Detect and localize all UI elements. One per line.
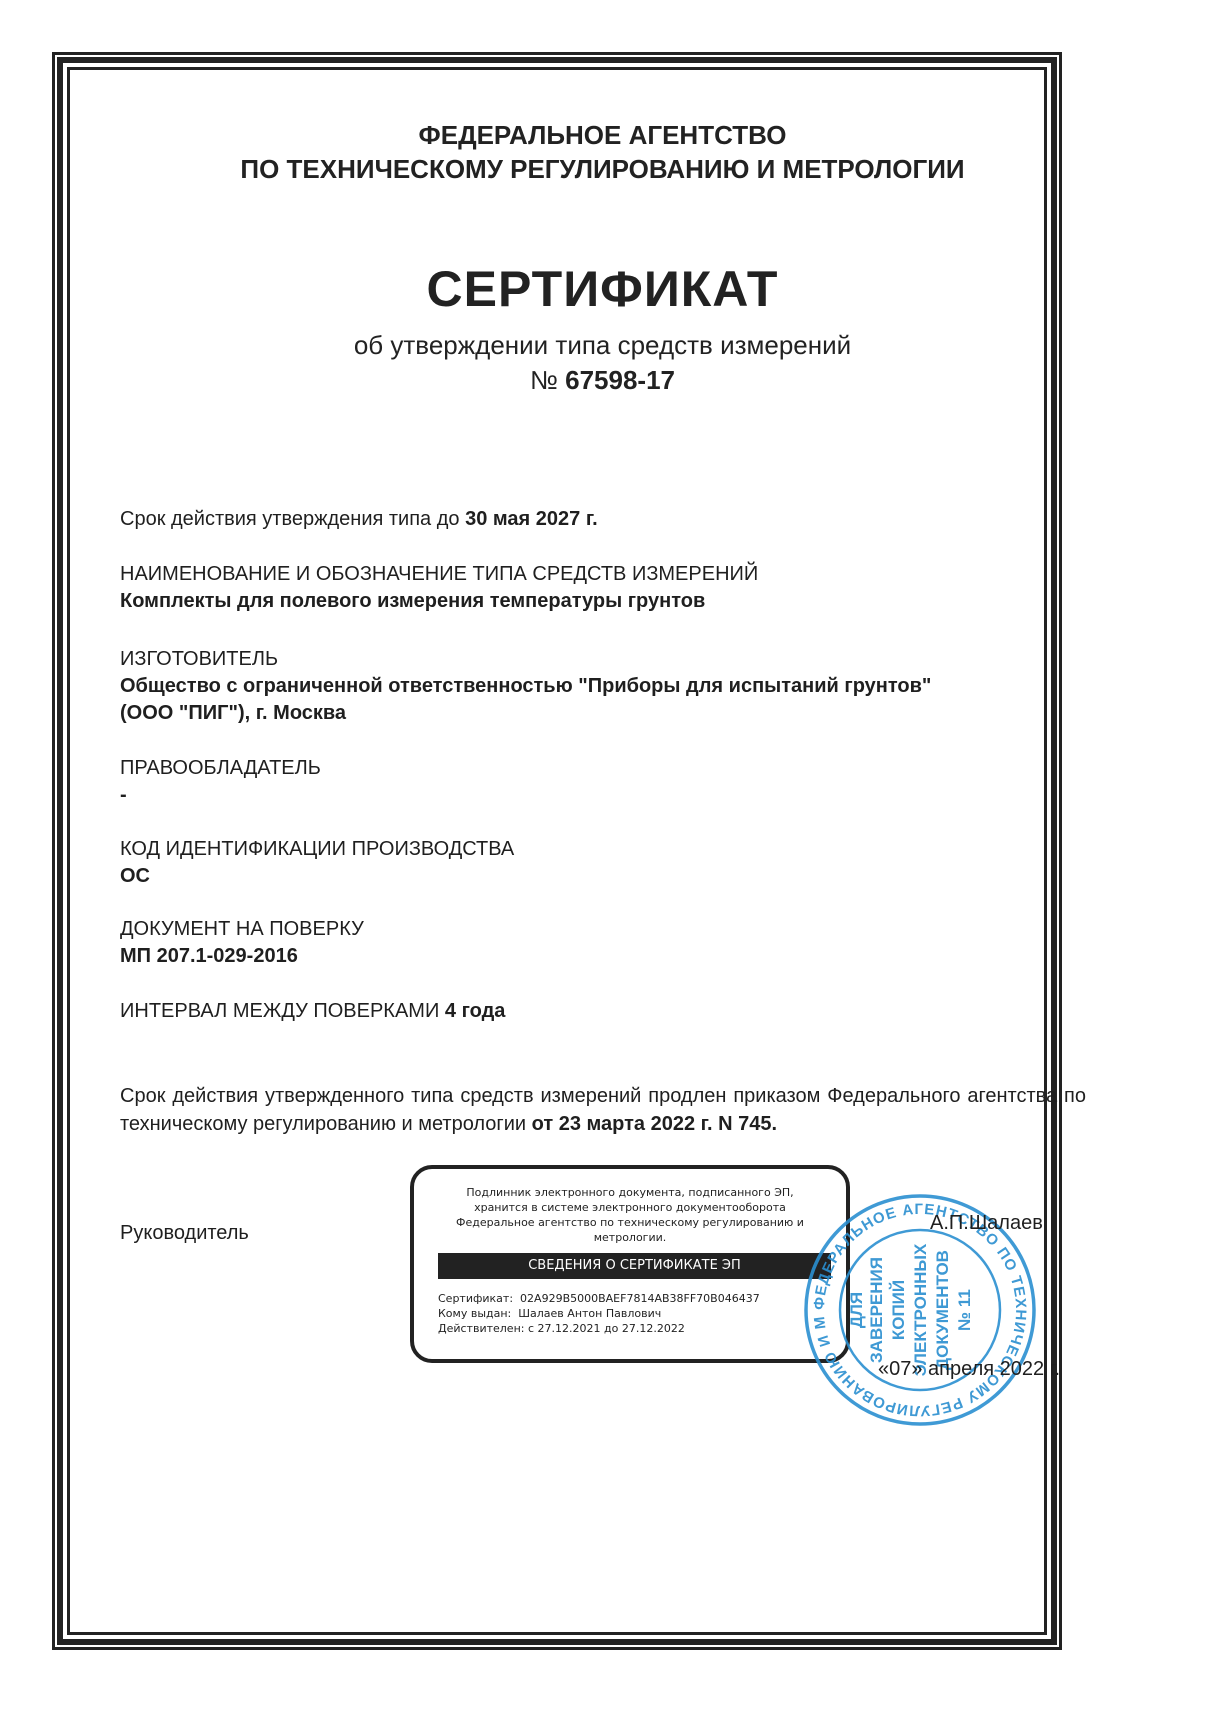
- certificate-subtitle: об утверждении типа средств измерений: [0, 330, 1205, 361]
- electronic-signature-box: Подлинник электронного документа, подпис…: [410, 1165, 850, 1363]
- interval-value: 4 года: [445, 1000, 506, 1022]
- certificate-number-value: 67598-17: [565, 365, 675, 395]
- svg-text:КОПИЙ: КОПИЙ: [889, 1280, 908, 1340]
- svg-text:ЭЛЕКТРОННЫХ: ЭЛЕКТРОННЫХ: [911, 1243, 930, 1376]
- e-signature-certificate: Сертификат: 02A929B5000BAEF7814AB38FF70B…: [438, 1291, 760, 1306]
- validity-date: 30 мая 2027 г.: [465, 508, 598, 530]
- e-signature-issued-to: Кому выдан: Шалаев Антон Павлович: [438, 1306, 760, 1321]
- manufacturer-value-line1: Общество с ограниченной ответственностью…: [120, 675, 931, 698]
- svg-text:ЗАВЕРЕНИЯ: ЗАВЕРЕНИЯ: [867, 1257, 886, 1363]
- agency-name-line2: ПО ТЕХНИЧЕСКОМУ РЕГУЛИРОВАНИЮ И МЕТРОЛОГ…: [0, 154, 1205, 185]
- svg-text:ДОКУМЕНТОВ: ДОКУМЕНТОВ: [933, 1250, 952, 1370]
- type-name-label: НАИМЕНОВАНИЕ И ОБОЗНАЧЕНИЕ ТИПА СРЕДСТВ …: [120, 563, 758, 586]
- certificate-number: № 67598-17: [0, 365, 1205, 396]
- signature-date: «07» апреля 2022 г.: [878, 1358, 1060, 1381]
- svg-text:ДЛЯ: ДЛЯ: [847, 1292, 866, 1328]
- e-signature-notice: Подлинник электронного документа, подпис…: [414, 1185, 846, 1245]
- rights-holder-label: ПРАВООБЛАДАТЕЛЬ: [120, 757, 321, 780]
- extension-paragraph: Срок действия утвержденного типа средств…: [120, 1082, 1086, 1138]
- certificate-title: СЕРТИФИКАТ: [0, 260, 1205, 318]
- agency-name-line1: ФЕДЕРАЛЬНОЕ АГЕНТСТВО: [0, 120, 1205, 151]
- interval-line: ИНТЕРВАЛ МЕЖДУ ПОВЕРКАМИ 4 года: [120, 1000, 505, 1023]
- e-signature-valid: Действителен: с 27.12.2021 до 27.12.2022: [438, 1321, 760, 1336]
- manufacturer-label: ИЗГОТОВИТЕЛЬ: [120, 648, 278, 671]
- type-name-value: Комплекты для полевого измерения темпера…: [120, 590, 705, 613]
- svg-text:№ 11: № 11: [955, 1289, 974, 1331]
- verification-doc-value: МП 207.1-029-2016: [120, 945, 298, 968]
- manufacturer-value-line2: (ООО "ПИГ"), г. Москва: [120, 702, 346, 725]
- verification-doc-label: ДОКУМЕНТ НА ПОВЕРКУ: [120, 918, 364, 941]
- extension-order: от 23 марта 2022 г. N 745.: [532, 1113, 777, 1135]
- validity-line: Срок действия утверждения типа до 30 мая…: [120, 508, 598, 531]
- e-signature-details: Сертификат: 02A929B5000BAEF7814AB38FF70B…: [438, 1291, 760, 1336]
- signatory-role: Руководитель: [120, 1222, 249, 1245]
- production-code-value: ОС: [120, 865, 150, 888]
- rights-holder-value: -: [120, 784, 127, 807]
- e-signature-header-bar: СВЕДЕНИЯ О СЕРТИФИКАТЕ ЭП: [438, 1253, 831, 1279]
- production-code-label: КОД ИДЕНТИФИКАЦИИ ПРОИЗВОДСТВА: [120, 838, 514, 861]
- signatory-name: А.П.Шалаев: [930, 1212, 1043, 1235]
